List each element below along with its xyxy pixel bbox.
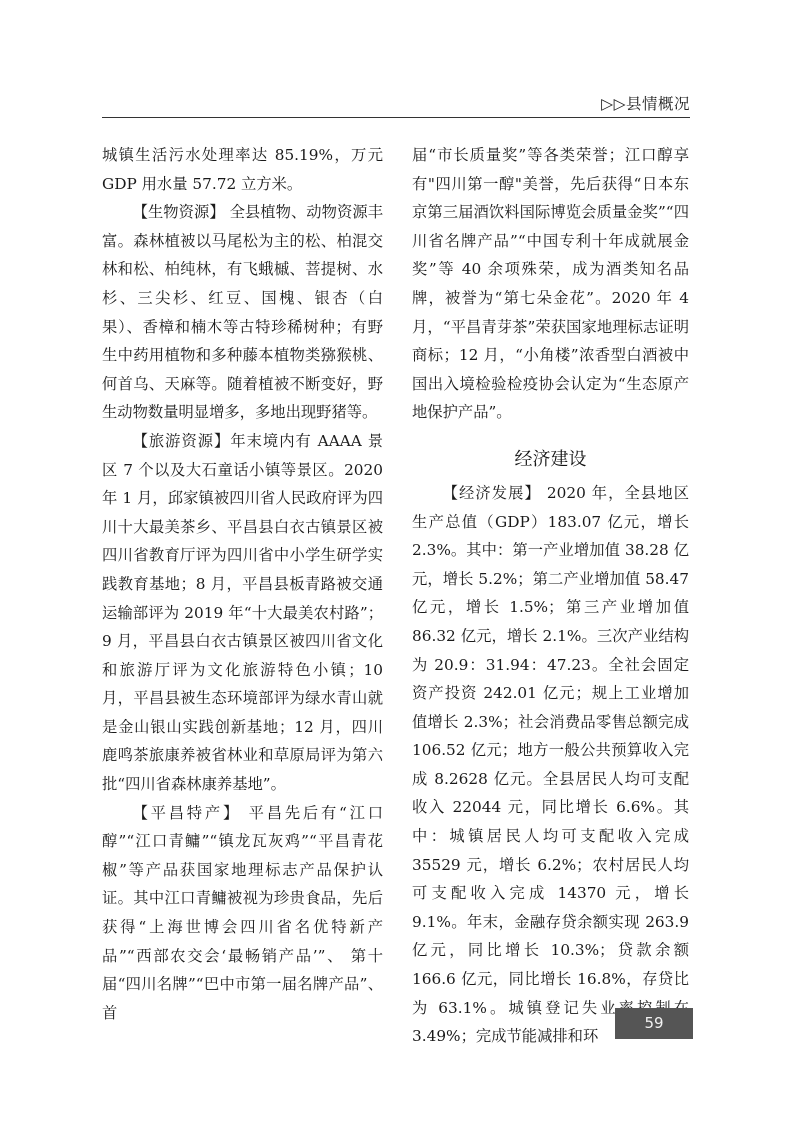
paragraph-biological-resources: 【生物资源】 全县植物、动物资源丰富。森林植被以马尾松为主的松、柏混交林和松、柏…: [102, 198, 383, 427]
left-column: 城镇生活污水处理率达 85.19%，万元 GDP 用水量 57.72 立方米。 …: [102, 141, 383, 1027]
section-heading: 经济建设: [412, 445, 689, 475]
running-header: ▷▷县情概况: [102, 86, 690, 118]
page-number: 59: [615, 1008, 693, 1039]
paragraph-economic-development: 【经济发展】 2020 年，全县地区生产总值（GDP）183.07 亿元，增长 …: [412, 479, 689, 1051]
paragraph: 城镇生活污水处理率达 85.19%，万元 GDP 用水量 57.72 立方米。: [102, 141, 383, 198]
paragraph-local-specialties: 【平昌特产】 平昌先后有“江口醇”“江口青鳙”“镇龙瓦灰鸡”“平昌青花椒”等产品…: [102, 799, 383, 1028]
paragraph-tourism-resources: 【旅游资源】年末境内有 AAAA 景区 7 个以及大石童话小镇等景区。2020 …: [102, 427, 383, 799]
paragraph: 届“市长质量奖”等各类荣誉；江口醇享有"四川第一醇"美誉，先后获得“日本东京第三…: [412, 141, 689, 427]
section-title: ▷▷县情概况: [601, 92, 690, 114]
right-column: 届“市长质量奖”等各类荣誉；江口醇享有"四川第一醇"美誉，先后获得“日本东京第三…: [412, 141, 689, 1051]
